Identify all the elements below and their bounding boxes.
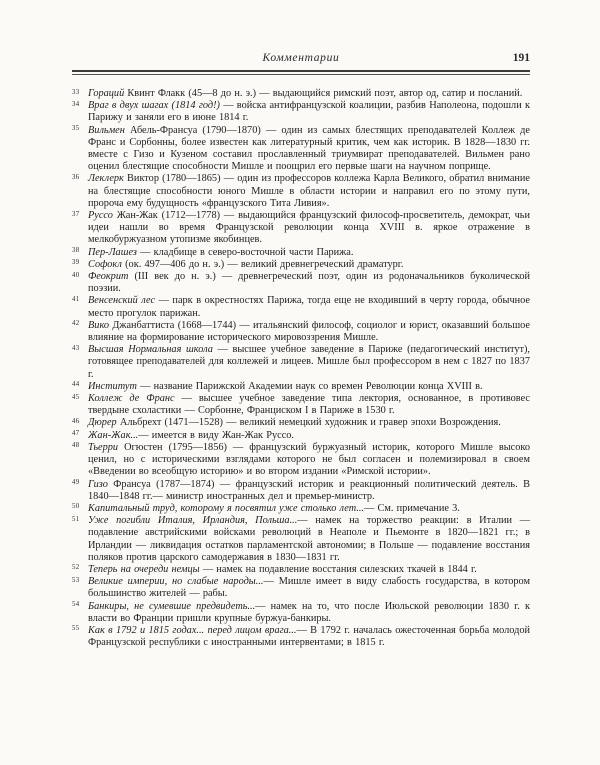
footnote-lead: Коллеж де Франс (88, 393, 175, 404)
footnote-text: Жан-Жак (1712—1778) — выдающийся француз… (88, 210, 530, 245)
footnote-lead: Высшая Нормальная школа (88, 344, 213, 355)
footnote: 52Теперь на очереди немцы — намек на под… (72, 564, 530, 576)
footnote-number: 44 (72, 379, 79, 391)
footnote: 49Гизо Франсуа (1787—1874) — французский… (72, 479, 530, 503)
footnote-number: 39 (72, 257, 79, 269)
footnote-text: Абель-Франсуа (1790—1870) — один из самы… (88, 125, 530, 173)
footnote-number: 51 (72, 514, 79, 526)
footnote-lead: Великие империи, но слабые народы... (88, 576, 264, 587)
footnote: 35Вильмен Абель-Франсуа (1790—1870) — од… (72, 125, 530, 174)
footnote-lead: Вильмен (88, 125, 125, 136)
header-rule (72, 70, 530, 75)
page-header: Комментарии 191 (72, 52, 530, 68)
footnote: 54Банкиры, не сумевшие предвидеть...— на… (72, 601, 530, 625)
footnote-text: — кладбище в северо-восточной части Пари… (137, 247, 354, 258)
footnote-lead: Пер-Лашез (88, 247, 137, 258)
footnote-number: 49 (72, 477, 79, 489)
footnote-lead: Как в 1792 и 1815 годах... перед лицом в… (88, 625, 297, 636)
footnote-text: Джанбаттиста (1668—1744) — итальянский ф… (88, 320, 530, 343)
footnote-text: — парк в окрестностях Парижа, тогда еще … (88, 295, 530, 318)
footnote-text: — См. примечание 3. (364, 503, 460, 514)
footnote-number: 37 (72, 209, 79, 221)
footnote: 48Тьерри Огюстен (1795—1856) — французск… (72, 442, 530, 479)
notes-list: 33Гораций Квинт Флакк (45—8 до н. э.) — … (72, 88, 530, 649)
footnote: 43Высшая Нормальная школа — высшее учебн… (72, 344, 530, 381)
footnote-lead: Тьерри (88, 442, 118, 453)
footnote-text: Огюстен (1795—1856) — французский буржуа… (88, 442, 530, 477)
footnote-number: 45 (72, 392, 79, 404)
footnote-text: Альбрехт (1471—1528) — великий немецкий … (117, 417, 501, 428)
footnote: 34Враг в двух шагах (1814 год!) — войска… (72, 100, 530, 124)
footnote-number: 55 (72, 623, 79, 635)
footnote: 41Венсенский лес — парк в окрестностях П… (72, 295, 530, 319)
footnote-lead: Гораций (88, 88, 124, 99)
footnote-number: 48 (72, 440, 79, 452)
footnote-lead: Капитальный труд, которому я посвятил уж… (88, 503, 364, 514)
footnote-lead: Уже погибли Италия, Ирландия, Польша... (88, 515, 297, 526)
footnote-number: 43 (72, 343, 79, 355)
footnote-text: (III век до н. э.) — древнегреческий поэ… (88, 271, 530, 294)
footnote-number: 42 (72, 318, 79, 330)
page-number: 191 (513, 52, 530, 64)
footnote-number: 47 (72, 428, 79, 440)
footnote: 39Софокл (ок. 497—406 до н. э.) — велики… (72, 259, 530, 271)
footnote: 36Леклерк Виктор (1780—1865) — один из п… (72, 173, 530, 210)
footnote: 42Вико Джанбаттиста (1668—1744) — италья… (72, 320, 530, 344)
footnote: 55Как в 1792 и 1815 годах... перед лицом… (72, 625, 530, 649)
footnote-number: 54 (72, 599, 79, 611)
footnote-number: 46 (72, 416, 79, 428)
footnote-text: Квинт Флакк (45—8 до н. э.) — выдающийся… (124, 88, 522, 99)
footnote: 38Пер-Лашез — кладбище в северо-восточно… (72, 247, 530, 259)
footnote-lead: Жан-Жак... (88, 430, 138, 441)
footnote-number: 40 (72, 270, 79, 282)
footnote: 47Жан-Жак...— имеется в виду Жан-Жак Рус… (72, 430, 530, 442)
footnote-text: Франсуа (1787—1874) — французский истори… (88, 479, 530, 502)
footnote-text: — название Парижской Академии наук со вр… (137, 381, 483, 392)
footnote-text: (ок. 497—406 до н. э.) — великий древнег… (122, 259, 404, 270)
footnote: 53Великие империи, но слабые народы...— … (72, 576, 530, 600)
footnote: 40Феокрит (III век до н. э.) — древнегре… (72, 271, 530, 295)
book-page: Комментарии 191 33Гораций Квинт Флакк (4… (72, 0, 530, 649)
footnote-lead: Леклерк (88, 173, 124, 184)
footnote-number: 52 (72, 562, 79, 574)
footnote-text: — намек на подавление восстания силезски… (200, 564, 477, 575)
footnote-number: 50 (72, 501, 79, 513)
footnote-text: — имеется в виду Жан-Жак Руссо. (138, 430, 294, 441)
footnote-lead: Дюрер (88, 417, 117, 428)
footnote-text: Виктор (1780—1865) — один из профессоров… (88, 173, 530, 208)
footnote-lead: Гизо (88, 479, 108, 490)
footnote-lead: Враг в двух шагах (1814 год!) (88, 100, 220, 111)
footnote-number: 36 (72, 172, 79, 184)
footnote-lead: Теперь на очереди немцы (88, 564, 200, 575)
footnote: 44Институт — название Парижской Академии… (72, 381, 530, 393)
footnote-lead: Софокл (88, 259, 122, 270)
footnote: 33Гораций Квинт Флакк (45—8 до н. э.) — … (72, 88, 530, 100)
footnote-lead: Венсенский лес (88, 295, 155, 306)
footnote: 50Капитальный труд, которому я посвятил … (72, 503, 530, 515)
footnote-number: 38 (72, 245, 79, 257)
footnote-lead: Руссо (88, 210, 113, 221)
footnote-number: 35 (72, 123, 79, 135)
footnote-number: 41 (72, 294, 79, 306)
footnote-lead: Банкиры, не сумевшие предвидеть... (88, 601, 255, 612)
footnote: 45Коллеж де Франс — высшее учебное завед… (72, 393, 530, 417)
footnote-lead: Вико (88, 320, 109, 331)
footnote: 51Уже погибли Италия, Ирландия, Польша..… (72, 515, 530, 564)
running-head-title: Комментарии (72, 52, 530, 64)
footnote-number: 34 (72, 99, 79, 111)
footnote-lead: Институт (88, 381, 137, 392)
footnote: 37Руссо Жан-Жак (1712—1778) — выдающийся… (72, 210, 530, 247)
footnote-number: 53 (72, 575, 79, 587)
footnote-number: 33 (72, 87, 79, 99)
footnote: 46Дюрер Альбрехт (1471—1528) — великий н… (72, 417, 530, 429)
footnote-lead: Феокрит (88, 271, 128, 282)
